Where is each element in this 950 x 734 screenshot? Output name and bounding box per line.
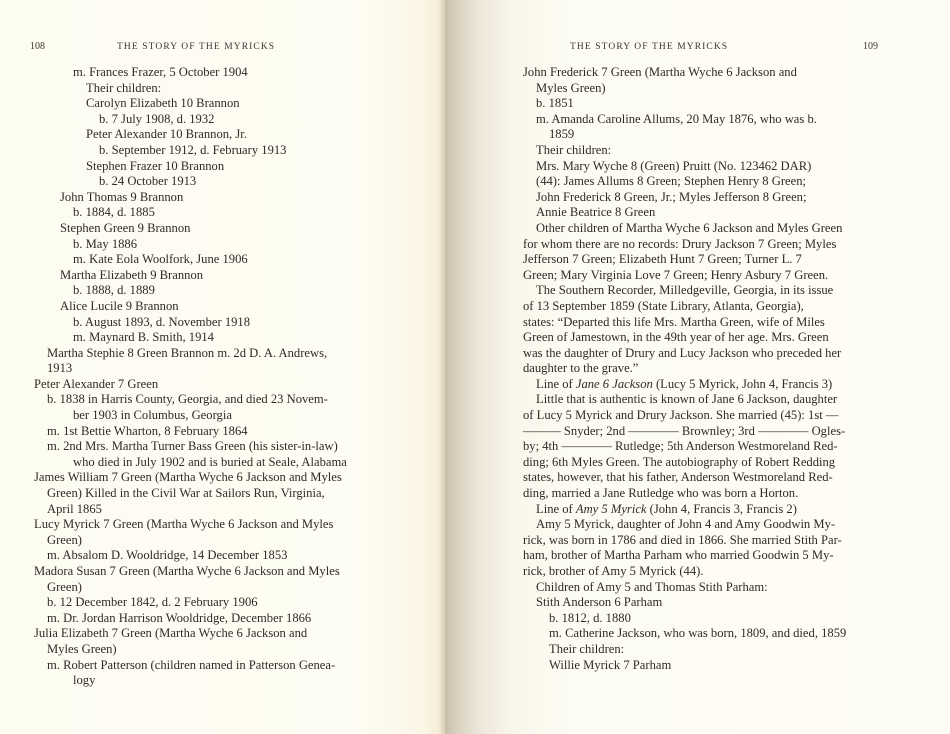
text-line: ber 1903 in Columbus, Georgia — [34, 408, 347, 424]
text-line: b. May 1886 — [34, 237, 347, 253]
text-line: b. 1888, d. 1889 — [34, 283, 347, 299]
text-line: Carolyn Elizabeth 10 Brannon — [34, 96, 347, 112]
book-spread: 108 THE STORY OF THE MYRICKS m. Frances … — [0, 0, 950, 734]
text-line: James William 7 Green (Martha Wyche 6 Ja… — [34, 470, 347, 486]
text-line: ding, married a Jane Rutledge who was bo… — [523, 486, 846, 502]
left-page-body: m. Frances Frazer, 5 October 1904Their c… — [34, 65, 347, 689]
running-head-right: THE STORY OF THE MYRICKS — [570, 42, 728, 52]
text-line: Stephen Frazer 10 Brannon — [34, 159, 347, 175]
text-line: The Southern Recorder, Milledgeville, Ge… — [523, 283, 846, 299]
text-line: rick, brother of Amy 5 Myrick (44). — [523, 564, 846, 580]
text-line: b. 1851 — [523, 96, 846, 112]
text-line: who died in July 1902 and is buried at S… — [34, 455, 347, 471]
text-line: Little that is authentic is known of Jan… — [523, 392, 846, 408]
text-line: b. 7 July 1908, d. 1932 — [34, 112, 347, 128]
running-head-left: THE STORY OF THE MYRICKS — [117, 42, 275, 52]
text-line: Children of Amy 5 and Thomas Stith Parha… — [523, 580, 846, 596]
text-line: Green; Mary Virginia Love 7 Green; Henry… — [523, 268, 846, 284]
text-line: Myles Green) — [34, 642, 347, 658]
text-line: m. Maynard B. Smith, 1914 — [34, 330, 347, 346]
text-line: Line of Amy 5 Myrick (John 4, Francis 3,… — [523, 502, 846, 518]
text-line: b. September 1912, d. February 1913 — [34, 143, 347, 159]
text-line: Lucy Myrick 7 Green (Martha Wyche 6 Jack… — [34, 517, 347, 533]
text-line: for whom there are no records: Drury Jac… — [523, 237, 846, 253]
text-line: b. August 1893, d. November 1918 — [34, 315, 347, 331]
right-page-body: John Frederick 7 Green (Martha Wyche 6 J… — [523, 65, 846, 673]
text-line: Mrs. Mary Wyche 8 (Green) Pruitt (No. 12… — [523, 159, 846, 175]
text-line: of Lucy 5 Myrick and Drury Jackson. She … — [523, 408, 846, 424]
text-line: m. Frances Frazer, 5 October 1904 — [34, 65, 347, 81]
text-line: Their children: — [523, 642, 846, 658]
text-line: Myles Green) — [523, 81, 846, 97]
text-line: Their children: — [523, 143, 846, 159]
text-line: Green) Killed in the Civil War at Sailor… — [34, 486, 347, 502]
text-line: 1859 — [523, 127, 846, 143]
text-line: logy — [34, 673, 347, 689]
text-line: states, however, that his father, Anders… — [523, 470, 846, 486]
text-line: John Frederick 8 Green, Jr.; Myles Jeffe… — [523, 190, 846, 206]
text-line: daughter to the grave.” — [523, 361, 846, 377]
text-line: Peter Alexander 7 Green — [34, 377, 347, 393]
text-line: 1913 — [34, 361, 347, 377]
text-line: Other children of Martha Wyche 6 Jackson… — [523, 221, 846, 237]
text-line: m. Absalom D. Wooldridge, 14 December 18… — [34, 548, 347, 564]
text-line: Jefferson 7 Green; Elizabeth Hunt 7 Gree… — [523, 252, 846, 268]
text-line: b. 1884, d. 1885 — [34, 205, 347, 221]
text-line: states: “Departed this life Mrs. Martha … — [523, 315, 846, 331]
text-line: Green) — [34, 580, 347, 596]
text-line: ding; 6th Myles Green. The autobiography… — [523, 455, 846, 471]
text-line: ——— Snyder; 2nd ———— Brownley; 3rd ———— … — [523, 424, 846, 440]
text-line: Amy 5 Myrick, daughter of John 4 and Amy… — [523, 517, 846, 533]
text-line: Their children: — [34, 81, 347, 97]
left-page: 108 THE STORY OF THE MYRICKS m. Frances … — [0, 0, 445, 734]
text-line: b. 1838 in Harris County, Georgia, and d… — [34, 392, 347, 408]
text-line: John Frederick 7 Green (Martha Wyche 6 J… — [523, 65, 846, 81]
page-number-right: 109 — [863, 41, 878, 52]
text-line: of 13 September 1859 (State Library, Atl… — [523, 299, 846, 315]
text-line: Annie Beatrice 8 Green — [523, 205, 846, 221]
text-line: m. Kate Eola Woolfork, June 1906 — [34, 252, 347, 268]
text-line: m. Amanda Caroline Allums, 20 May 1876, … — [523, 112, 846, 128]
text-line: b. 1812, d. 1880 — [523, 611, 846, 627]
page-number-left: 108 — [30, 41, 45, 52]
text-line: Alice Lucile 9 Brannon — [34, 299, 347, 315]
text-line: b. 12 December 1842, d. 2 February 1906 — [34, 595, 347, 611]
text-line: was the daughter of Drury and Lucy Jacks… — [523, 346, 846, 362]
text-line: rick, was born in 1786 and died in 1866.… — [523, 533, 846, 549]
text-line: Green of Jamestown, in the 49th year of … — [523, 330, 846, 346]
text-line: ham, brother of Martha Parham who marrie… — [523, 548, 846, 564]
right-page: THE STORY OF THE MYRICKS 109 John Freder… — [445, 0, 950, 734]
text-line: by; 4th ———— Rutledge; 5th Anderson West… — [523, 439, 846, 455]
text-line: m. Catherine Jackson, who was born, 1809… — [523, 626, 846, 642]
text-line: Madora Susan 7 Green (Martha Wyche 6 Jac… — [34, 564, 347, 580]
text-line: m. 1st Bettie Wharton, 8 February 1864 — [34, 424, 347, 440]
text-line: Julia Elizabeth 7 Green (Martha Wyche 6 … — [34, 626, 347, 642]
text-line: m. Dr. Jordan Harrison Wooldridge, Decem… — [34, 611, 347, 627]
text-line: Martha Elizabeth 9 Brannon — [34, 268, 347, 284]
text-line: Stephen Green 9 Brannon — [34, 221, 347, 237]
text-line: Martha Stephie 8 Green Brannon m. 2d D. … — [34, 346, 347, 362]
text-line: m. 2nd Mrs. Martha Turner Bass Green (hi… — [34, 439, 347, 455]
text-line: (44): James Allums 8 Green; Stephen Henr… — [523, 174, 846, 190]
text-line: Line of Jane 6 Jackson (Lucy 5 Myrick, J… — [523, 377, 846, 393]
text-line: b. 24 October 1913 — [34, 174, 347, 190]
text-line: Willie Myrick 7 Parham — [523, 658, 846, 674]
text-line: April 1865 — [34, 502, 347, 518]
text-line: Stith Anderson 6 Parham — [523, 595, 846, 611]
text-line: Peter Alexander 10 Brannon, Jr. — [34, 127, 347, 143]
text-line: Green) — [34, 533, 347, 549]
text-line: John Thomas 9 Brannon — [34, 190, 347, 206]
text-line: m. Robert Patterson (children named in P… — [34, 658, 347, 674]
